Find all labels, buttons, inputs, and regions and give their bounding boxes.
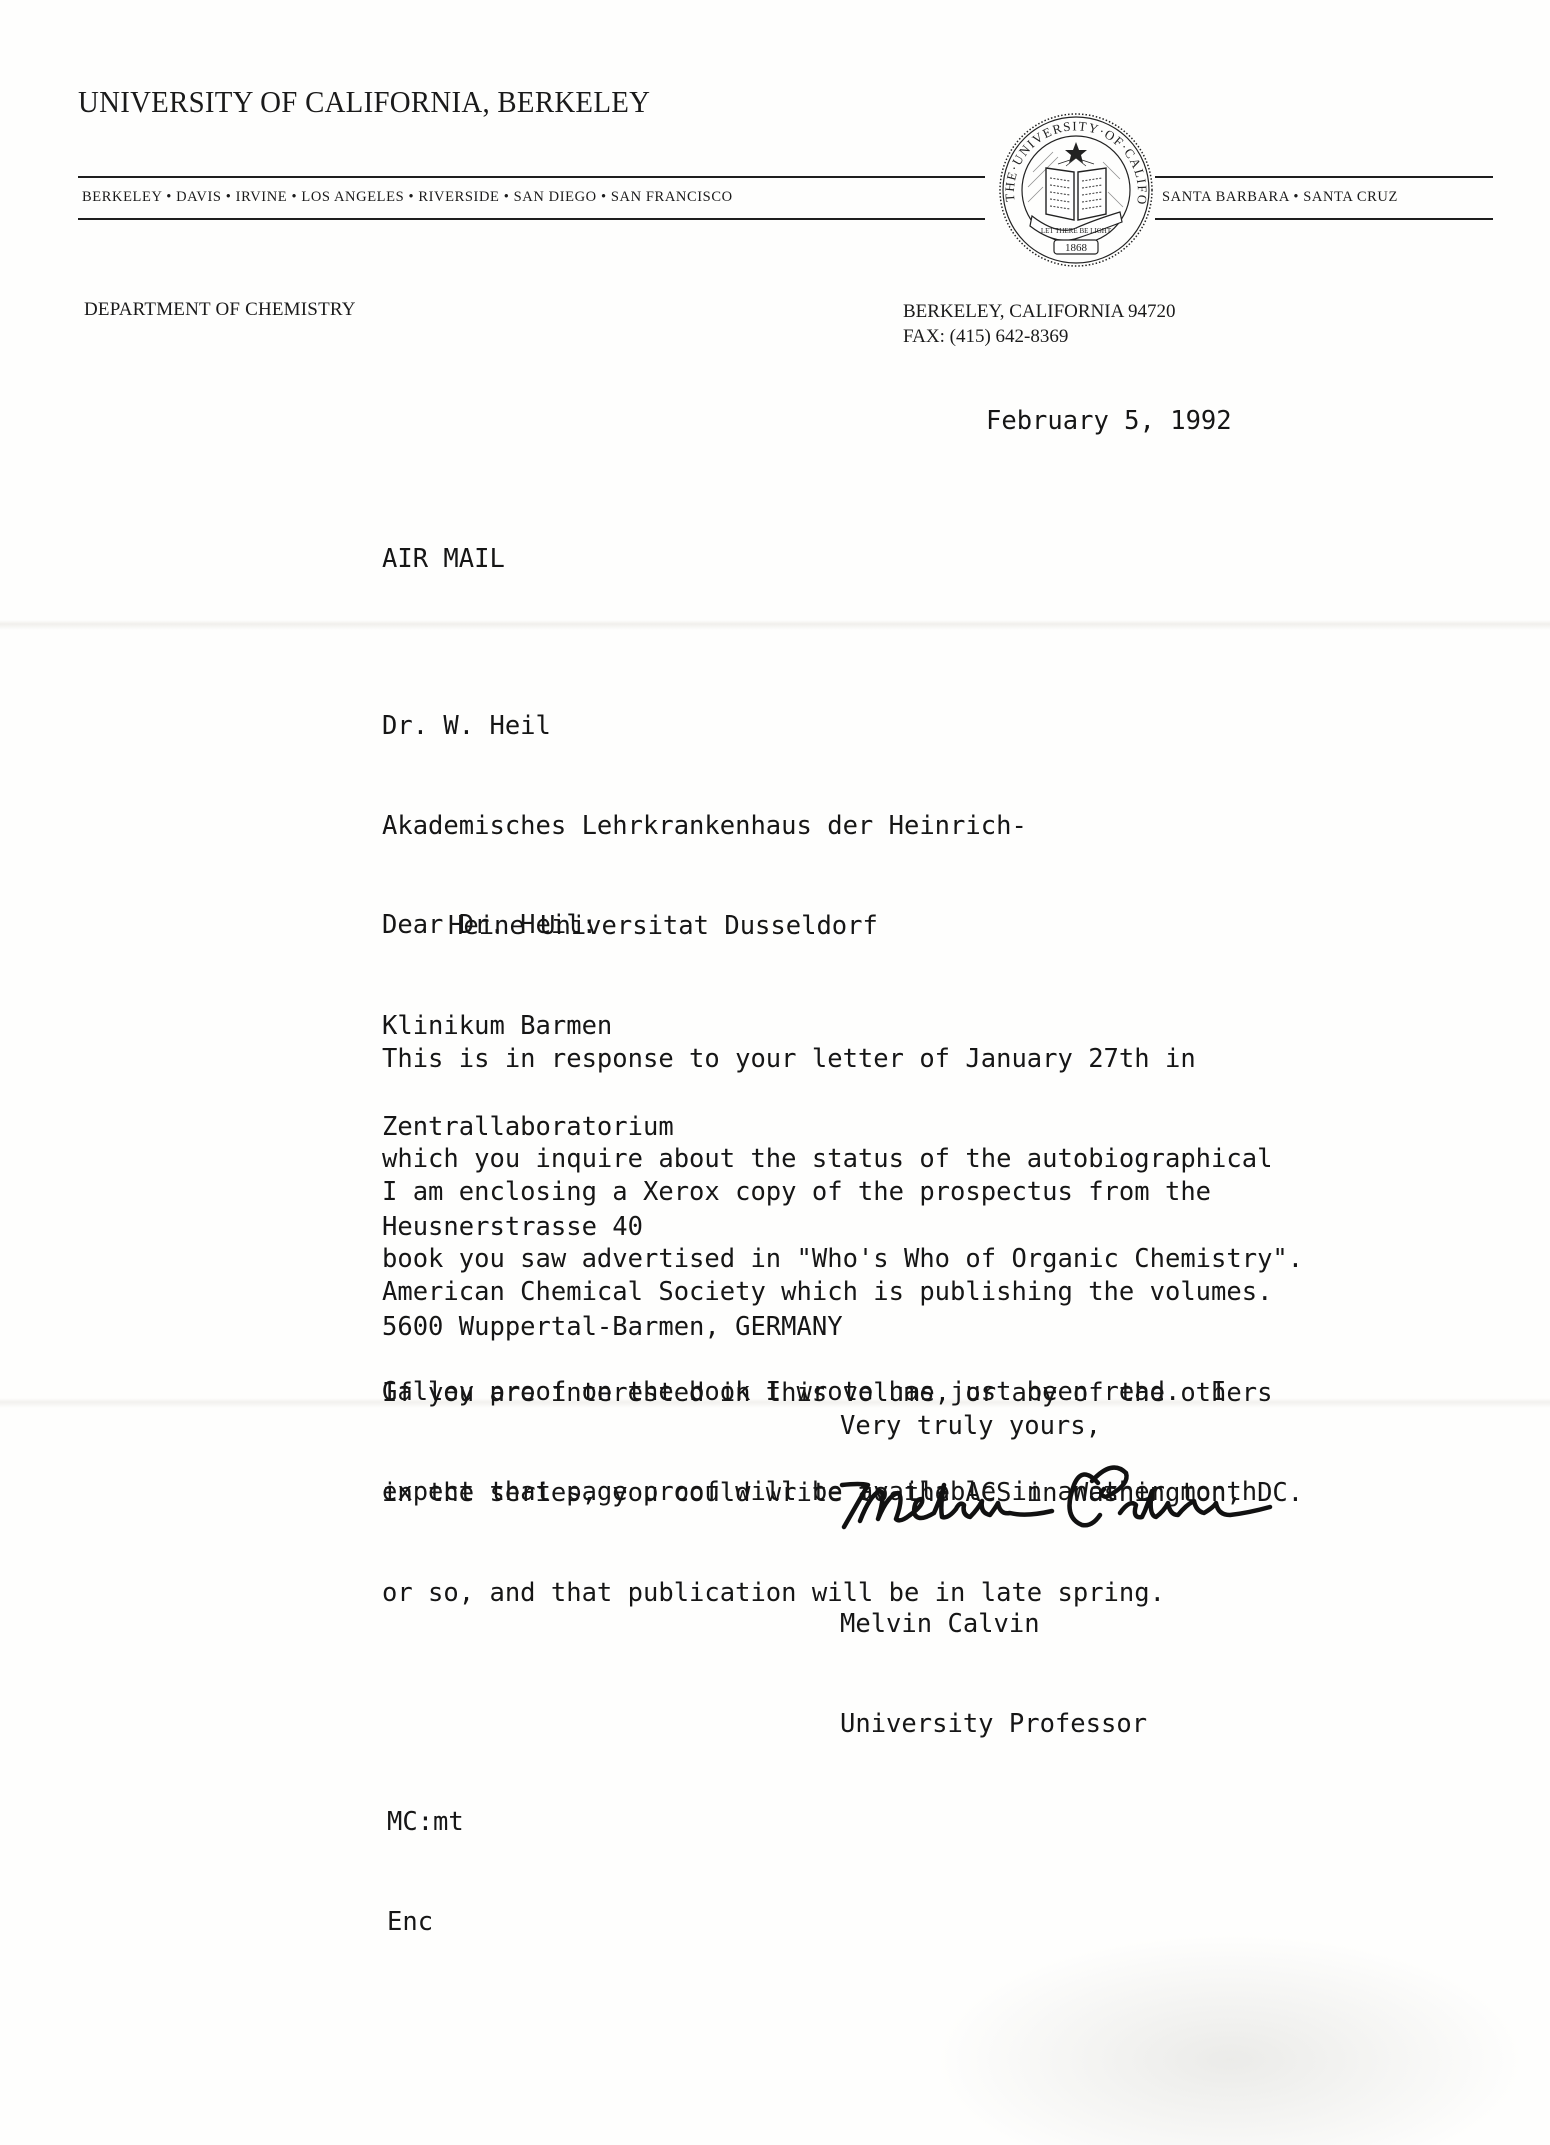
enclosure-notation: Enc [387,1906,464,1939]
body-line: I am enclosing a Xerox copy of the prosp… [382,1176,1272,1209]
signer-name: Melvin Calvin [840,1608,1147,1641]
svg-text:1868: 1868 [1065,242,1088,254]
letterhead-rule-bottom-left [78,218,985,220]
recipient-institution: Akademisches Lehrkrankenhaus der Heinric… [382,810,1027,843]
body-line: This is in response to your letter of Ja… [382,1043,1303,1076]
letterhead-rule-top-right [1155,176,1493,178]
delivery-method: AIR MAIL [382,543,505,576]
university-seal-icon: THE·UNIVERSITY·OF·CALIFORNIA LET THERE B… [998,112,1154,268]
reference-block: MC:mt Enc [387,1739,464,1973]
body-line: If you are interested in this volume, or… [382,1377,1303,1410]
address-city: BERKELEY, CALIFORNIA 94720 [903,299,1176,324]
campus-list-left: BERKELEY • DAVIS • IRVINE • LOS ANGELES … [82,189,733,206]
department-name: DEPARTMENT OF CHEMISTRY [84,299,356,321]
reference-initials: MC:mt [387,1806,464,1839]
signer-block: Melvin Calvin University Professor [840,1541,1147,1775]
address-fax: FAX: (415) 642-8369 [903,324,1176,349]
handwritten-signature-icon [830,1455,1290,1545]
letterhead-rule-bottom-right [1155,218,1493,220]
letterhead-rule-top-left [78,176,985,178]
institution-name: UNIVERSITY OF CALIFORNIA, BERKELEY [78,84,650,120]
body-line: American Chemical Society which is publi… [382,1276,1272,1309]
svg-text:LET THERE BE LIGHT: LET THERE BE LIGHT [1041,227,1112,235]
letter-date: February 5, 1992 [986,405,1232,438]
complimentary-closing: Very truly yours, [840,1410,1101,1443]
campus-list-right: SANTA BARBARA • SANTA CRUZ [1162,189,1398,206]
department-address: BERKELEY, CALIFORNIA 94720FAX: (415) 642… [903,299,1176,349]
signer-title: University Professor [840,1708,1147,1741]
salutation: Dear Dr. Heil: [382,909,597,942]
recipient-name: Dr. W. Heil [382,710,1027,743]
